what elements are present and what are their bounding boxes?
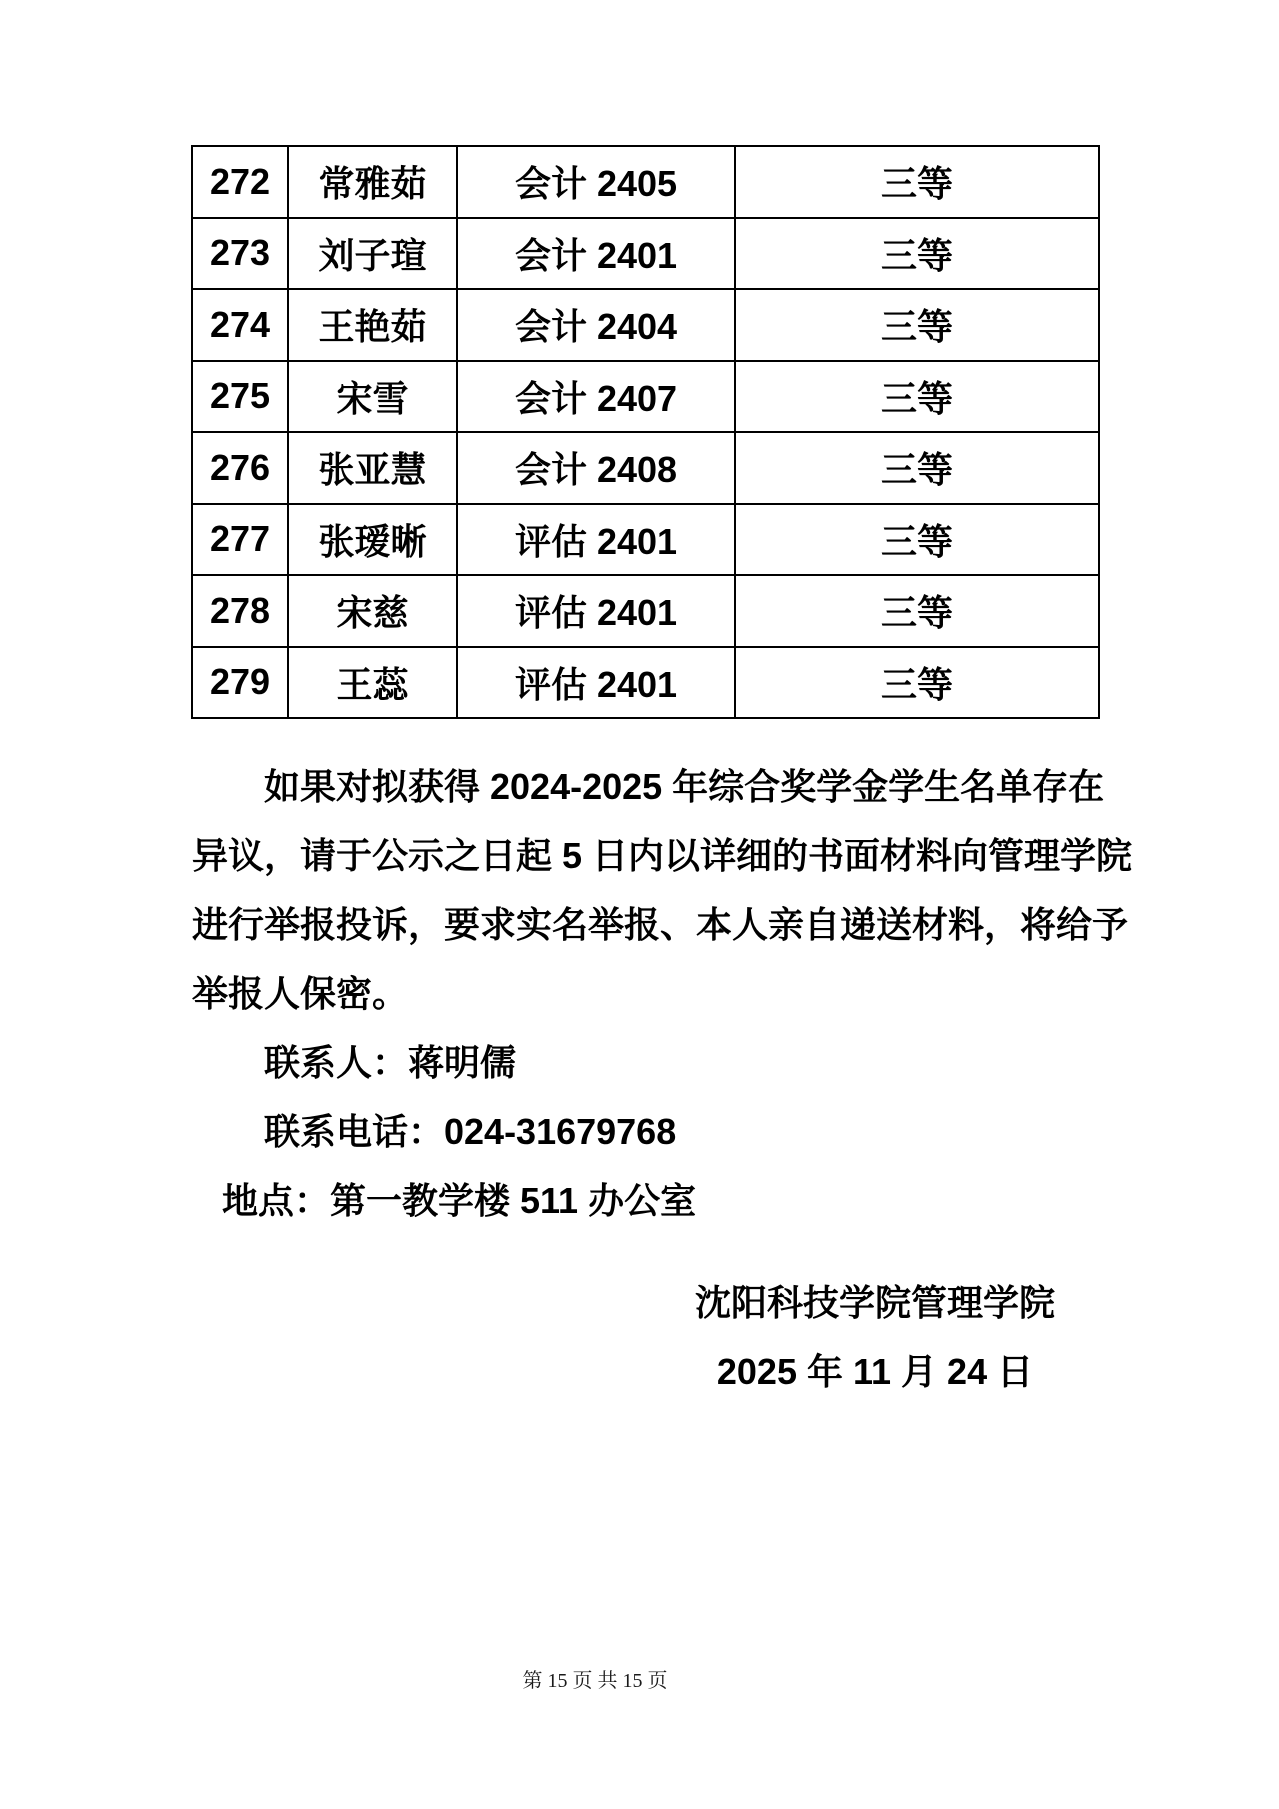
table-row: 278宋慈评估 2401三等 xyxy=(192,575,1099,647)
table-row: 276张亚慧会计 2408三等 xyxy=(192,432,1099,504)
notice-line: 异议，请于公示之日起 5 日内以详细的书面材料向管理学院 xyxy=(192,821,1104,890)
scholarship-table: 272常雅茹会计 2405三等273刘子瑄会计 2401三等274王艳茹会计 2… xyxy=(191,145,1100,719)
table-row: 275宋雪会计 2407三等 xyxy=(192,361,1099,433)
row-number-cell: 273 xyxy=(192,218,288,290)
class-name-cell: 会计 2408 xyxy=(457,432,735,504)
contact-location-line: 地点：第一教学楼 511 办公室 xyxy=(192,1166,1104,1235)
signature-block: 沈阳科技学院管理学院 2025 年 11 月 24 日 xyxy=(640,1268,1110,1406)
student-name-cell: 宋慈 xyxy=(288,575,457,647)
notice-line: 如果对拟获得 2024-2025 年综合奖学金学生名单存在 xyxy=(192,752,1104,821)
row-number-cell: 277 xyxy=(192,504,288,576)
class-name-cell: 会计 2401 xyxy=(457,218,735,290)
row-number-cell: 274 xyxy=(192,289,288,361)
award-level-cell: 三等 xyxy=(735,575,1099,647)
row-number-cell: 278 xyxy=(192,575,288,647)
award-level-cell: 三等 xyxy=(735,361,1099,433)
table-row: 272常雅茹会计 2405三等 xyxy=(192,146,1099,218)
award-level-cell: 三等 xyxy=(735,647,1099,719)
student-name-cell: 宋雪 xyxy=(288,361,457,433)
table-row: 274王艳茹会计 2404三等 xyxy=(192,289,1099,361)
notice-line: 进行举报投诉，要求实名举报、本人亲自递送材料，将给予 xyxy=(192,890,1104,959)
class-name-cell: 评估 2401 xyxy=(457,647,735,719)
award-level-cell: 三等 xyxy=(735,146,1099,218)
award-level-cell: 三等 xyxy=(735,289,1099,361)
signature-date: 2025 年 11 月 24 日 xyxy=(640,1337,1110,1406)
student-name-cell: 王蕊 xyxy=(288,647,457,719)
class-name-cell: 评估 2401 xyxy=(457,504,735,576)
class-name-cell: 会计 2404 xyxy=(457,289,735,361)
award-level-cell: 三等 xyxy=(735,432,1099,504)
scholarship-table-body: 272常雅茹会计 2405三等273刘子瑄会计 2401三等274王艳茹会计 2… xyxy=(192,146,1099,718)
contact-phone-line: 联系电话：024-31679768 xyxy=(192,1097,1104,1166)
row-number-cell: 279 xyxy=(192,647,288,719)
row-number-cell: 276 xyxy=(192,432,288,504)
table-row: 277张瑷晰评估 2401三等 xyxy=(192,504,1099,576)
notice-and-contact-block: 如果对拟获得 2024-2025 年综合奖学金学生名单存在 异议，请于公示之日起… xyxy=(192,752,1104,1235)
table-row: 279王蕊评估 2401三等 xyxy=(192,647,1099,719)
row-number-cell: 272 xyxy=(192,146,288,218)
class-name-cell: 评估 2401 xyxy=(457,575,735,647)
award-level-cell: 三等 xyxy=(735,218,1099,290)
student-name-cell: 张瑷晰 xyxy=(288,504,457,576)
contact-person-line: 联系人：蒋明儒 xyxy=(192,1028,1104,1097)
notice-line: 举报人保密。 xyxy=(192,959,1104,1028)
student-name-cell: 张亚慧 xyxy=(288,432,457,504)
student-name-cell: 刘子瑄 xyxy=(288,218,457,290)
award-level-cell: 三等 xyxy=(735,504,1099,576)
table-row: 273刘子瑄会计 2401三等 xyxy=(192,218,1099,290)
row-number-cell: 275 xyxy=(192,361,288,433)
student-name-cell: 王艳茹 xyxy=(288,289,457,361)
student-name-cell: 常雅茹 xyxy=(288,146,457,218)
signature-organization: 沈阳科技学院管理学院 xyxy=(640,1268,1110,1337)
class-name-cell: 会计 2407 xyxy=(457,361,735,433)
class-name-cell: 会计 2405 xyxy=(457,146,735,218)
document-page: 272常雅茹会计 2405三等273刘子瑄会计 2401三等274王艳茹会计 2… xyxy=(0,0,1279,1809)
page-number-footer: 第 15 页 共 15 页 xyxy=(0,1664,1190,1693)
